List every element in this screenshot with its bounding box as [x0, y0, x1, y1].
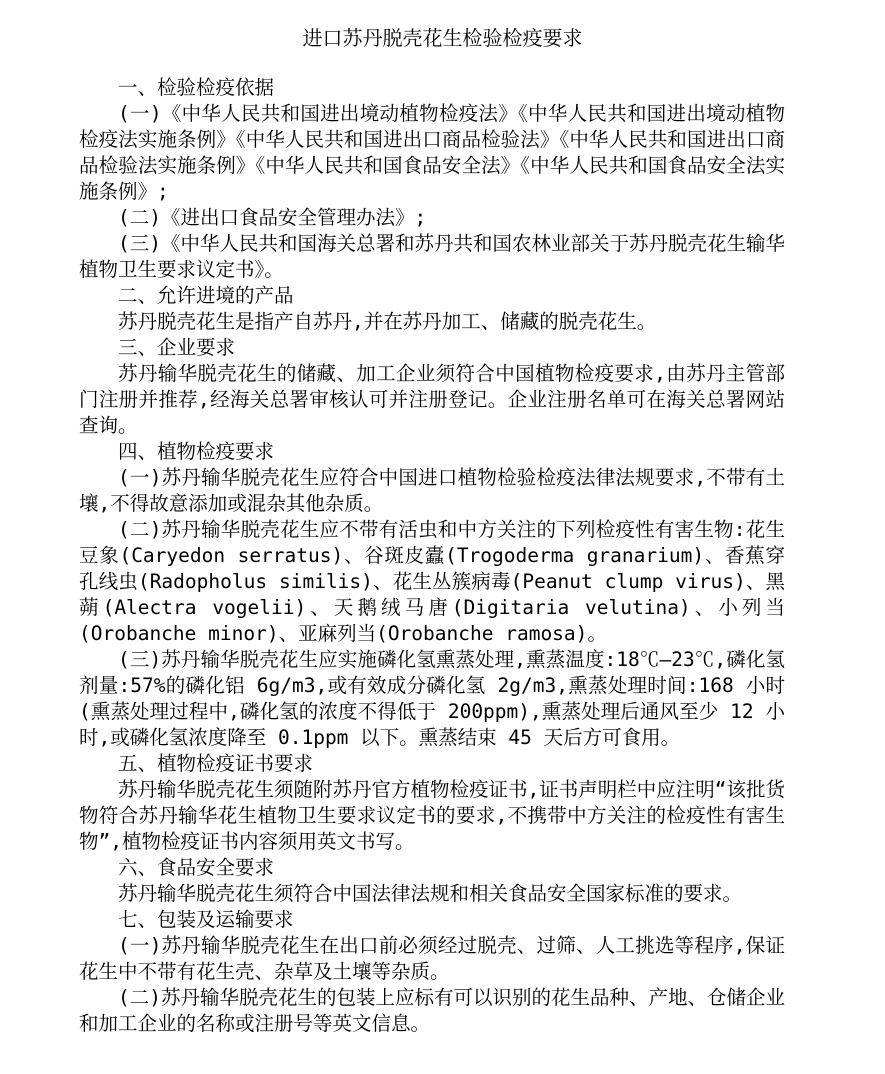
section-heading-6: 六、食品安全要求	[79, 855, 785, 881]
section-heading-2: 二、允许进境的产品	[79, 283, 785, 309]
paragraph-quarantine-item-1: (一)苏丹输华脱壳花生应符合中国进口植物检验检疫法律法规要求,不带有土壤,不得故…	[79, 465, 785, 517]
paragraph-basis-item-2: (二)《进出口食品安全管理办法》;	[79, 205, 785, 231]
paragraph-quarantine-item-3: (三)苏丹输华脱壳花生应实施磷化氢熏蒸处理,熏蒸温度:18℃—23℃,磷化氢剂量…	[79, 647, 785, 751]
paragraph-certificate-requirements: 苏丹输华脱壳花生须随附苏丹官方植物检疫证书,证书声明栏中应注明“该批货物符合苏丹…	[79, 777, 785, 855]
document-page: 进口苏丹脱壳花生检验检疫要求 一、检验检疫依据 (一)《中华人民共和国进出境动植…	[0, 0, 885, 1074]
paragraph-packaging-item-2: (二)苏丹输华脱壳花生的包装上应标有可以识别的花生品种、产地、仓储企业和加工企业…	[79, 985, 785, 1037]
section-heading-7: 七、包装及运输要求	[79, 907, 785, 933]
section-heading-1: 一、检验检疫依据	[79, 75, 785, 101]
paragraph-basis-item-1: (一)《中华人民共和国进出境动植物检疫法》《中华人民共和国进出境动植物检疫法实施…	[79, 101, 785, 205]
paragraph-basis-item-3: (三)《中华人民共和国海关总署和苏丹共和国农林业部关于苏丹脱壳花生输华植物卫生要…	[79, 231, 785, 283]
section-heading-4: 四、植物检疫要求	[79, 439, 785, 465]
section-heading-5: 五、植物检疫证书要求	[79, 751, 785, 777]
document-title: 进口苏丹脱壳花生检验检疫要求	[0, 0, 885, 51]
section-heading-3: 三、企业要求	[79, 335, 785, 361]
paragraph-food-safety-requirements: 苏丹输华脱壳花生须符合中国法律法规和相关食品安全国家标准的要求。	[79, 881, 785, 907]
paragraph-quarantine-item-2: (二)苏丹输华脱壳花生应不带有活虫和中方关注的下列检疫性有害生物:花生豆象(Ca…	[79, 517, 785, 647]
paragraph-packaging-item-1: (一)苏丹输华脱壳花生在出口前必须经过脱壳、过筛、人工挑选等程序,保证花生中不带…	[79, 933, 785, 985]
document-body: 一、检验检疫依据 (一)《中华人民共和国进出境动植物检疫法》《中华人民共和国进出…	[79, 75, 785, 1037]
paragraph-enterprise-requirements: 苏丹输华脱壳花生的储藏、加工企业须符合中国植物检疫要求,由苏丹主管部门注册并推荐…	[79, 361, 785, 439]
paragraph-allowed-products: 苏丹脱壳花生是指产自苏丹,并在苏丹加工、储藏的脱壳花生。	[79, 309, 785, 335]
